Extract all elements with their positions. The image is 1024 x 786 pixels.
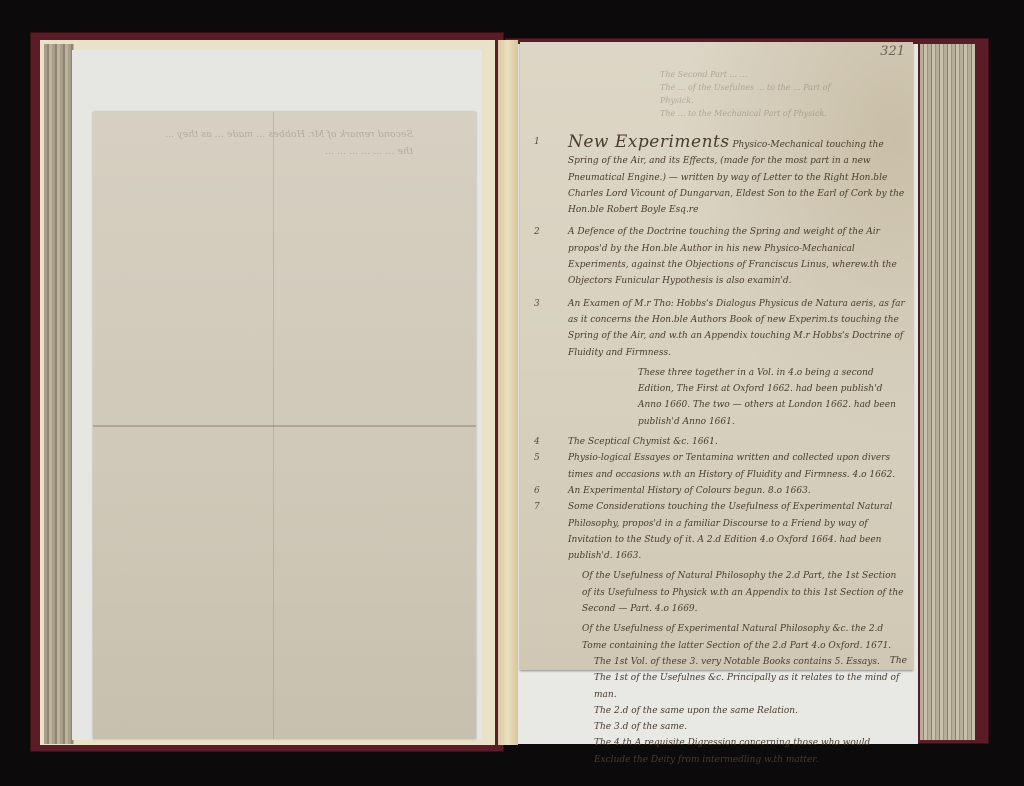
fold-line-horizontal [93,425,476,427]
offset-line: The ... of the Usefulnes ... to the ... … [660,81,900,94]
right-manuscript-leaf: 321 The Second Part ... ... The ... of t… [520,42,913,670]
entry-number: 5 [534,450,554,466]
entry-text: Physio-logical Essayes or Tentamina writ… [568,453,895,479]
offset-line: The ... to the Mechanical Part of Physic… [660,107,900,120]
entry-number: 1 [534,134,554,150]
entry-number: 3 [534,296,554,312]
volume-note: The 1st Vol. of these 3. very Notable Bo… [534,654,906,670]
entry-text: An Examen of M.r Tho: Hobbs's Dialogus P… [568,299,905,358]
entry-3: 3 An Examen of M.r Tho: Hobbs's Dialogus… [534,296,906,361]
entry-7: 7 Some Considerations touching the Usefu… [534,499,906,564]
catchword: The [890,656,907,666]
volume-note: The 2.d of the same upon the same Relati… [534,703,906,719]
left-manuscript-leaf: Second remark of Mr. Hobbes ... made ...… [93,112,476,739]
entry-title-lead: New Experiments [568,132,730,152]
page-edges-left [44,44,74,744]
entry-number: 7 [534,499,554,515]
manuscript-text: 1 New Experiments Physico-Mechanical tou… [534,134,906,768]
offset-line: The Second Part ... ... [660,68,900,81]
book-gutter [498,40,518,745]
page-edges-right [920,44,975,740]
entry-4: 4 The Sceptical Chymist &c. 1661. [534,434,906,450]
folio-number: 321 [880,44,905,59]
entry-number: 2 [534,224,554,240]
entry-number: 4 [534,434,554,450]
entry-text: An Experimental History of Colours begun… [568,486,811,496]
entry-1: 1 New Experiments Physico-Mechanical tou… [534,134,906,218]
volume-note: The 1st of the Usefulnes &c. Principally… [534,670,906,703]
entry-text: The Sceptical Chymist &c. 1661. [568,437,718,447]
volume-note: The 4.th A requisite Digression concerni… [534,735,906,768]
entry-6: 6 An Experimental History of Colours beg… [534,483,906,499]
usefulness-tome-2: Of the Usefulness of Experimental Natura… [534,621,906,654]
entry-text: A Defence of the Doctrine touching the S… [568,227,897,286]
offset-line: Physick. [660,94,900,107]
entry-5: 5 Physio-logical Essayes or Tentamina wr… [534,450,906,483]
entry-number: 6 [534,483,554,499]
show-through-text: Second remark of Mr. Hobbes ... made ...… [113,126,413,386]
volume-note: The 3.d of the same. [534,719,906,735]
edition-note: These three together in a Vol. in 4.o be… [534,365,906,430]
usefulness-part-2: Of the Usefulness of Natural Philosophy … [534,568,906,617]
entry-text: Some Considerations touching the Usefuln… [568,502,892,561]
offset-text: The Second Part ... ... The ... of the U… [660,68,900,120]
entry-2: 2 A Defence of the Doctrine touching the… [534,224,906,289]
